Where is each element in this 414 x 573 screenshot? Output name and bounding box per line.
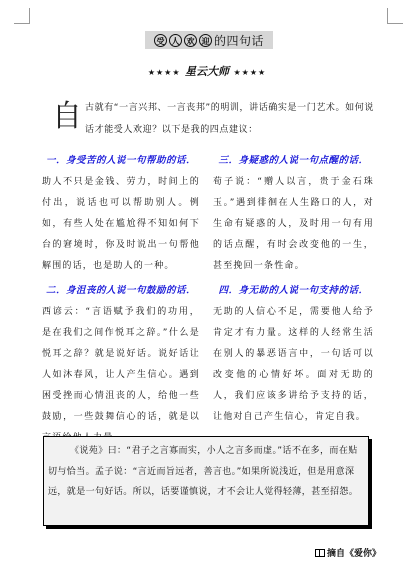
page-corner-mark-top-left (14, 8, 30, 24)
section-heading: 三．身疑惑的人说一句点醒的话． (213, 150, 374, 172)
intro-paragraph: 自 古就有“一言兴邦、一言丧邦”的明训，讲话确实是一门艺术。如何说话才能受人欢迎… (52, 97, 377, 141)
section-body: 无助的人信心不足，需要他人给予肯定才有力量。这样的人经常生活在别人的暴恶语言中，… (213, 302, 374, 428)
quote-box: 《说苑》曰：“君子之言寡而实，小人之言多而虚。”话不在多，而在贴切与恰当。孟子说… (43, 436, 369, 526)
book-icon (315, 549, 325, 557)
title-circled-char: 迎 (199, 34, 212, 47)
section-body: 荀子说：“赠人以言，贵于金石珠玉。”遇到徘徊在人生路口的人，对生命有疑惑的人，及… (213, 172, 374, 277)
page-title: 受 人 欢 迎 的四句话 (145, 31, 273, 49)
source-text: 摘自《爱你》 (327, 546, 381, 559)
intro-text: 古就有“一言兴邦、一言丧邦”的明训，讲话确实是一门艺术。如何说话才能受人欢迎？以… (85, 97, 377, 141)
section-heading: 四．身无助的人说一句支持的话． (213, 280, 374, 302)
section-body: 助人不只是金钱、劳力，时间上的付出，说话也可以帮助别人。例如，有些人处在尴尬得不… (42, 172, 200, 277)
title-circled-char: 受 (154, 34, 167, 47)
section-heading: 二．身沮丧的人说一句鼓励的话． (42, 280, 200, 302)
author-line: ★★★★ 星云大师 ★★★★ (0, 63, 414, 79)
author-name: 星云大师 (185, 65, 229, 78)
section-4: 四．身无助的人说一句支持的话． 无助的人信心不足，需要他人给予肯定才有力量。这样… (213, 280, 374, 428)
star-icons-left: ★★★★ (148, 68, 181, 77)
drop-cap: 自 (52, 100, 82, 134)
quote-text: 《说苑》曰：“君子之言寡而实，小人之言多而虚。”话不在多，而在贴切与恰当。孟子说… (48, 441, 364, 503)
title-rest-text: 的四句话 (214, 32, 264, 49)
title-circled-char: 欢 (184, 34, 197, 47)
page-corner-mark-top-right (387, 8, 403, 24)
title-circled-char: 人 (169, 34, 182, 47)
section-2: 二．身沮丧的人说一句鼓励的话． 西谚云：“言语赋予我们的功用，是在我们之间作悦耳… (42, 280, 200, 449)
section-body: 西谚云：“言语赋予我们的功用，是在我们之间作悦耳之辞。”什么是悦耳之辞？就是说好… (42, 302, 200, 449)
section-heading: 一．身受苦的人说一句帮助的话． (42, 150, 200, 172)
section-3: 三．身疑惑的人说一句点醒的话． 荀子说：“赠人以言，贵于金石珠玉。”遇到徘徊在人… (213, 150, 374, 277)
source-attribution: 摘自《爱你》 (315, 546, 381, 559)
star-icons-right: ★★★★ (233, 68, 266, 77)
section-1: 一．身受苦的人说一句帮助的话． 助人不只是金钱、劳力，时间上的付出，说话也可以帮… (42, 150, 200, 277)
